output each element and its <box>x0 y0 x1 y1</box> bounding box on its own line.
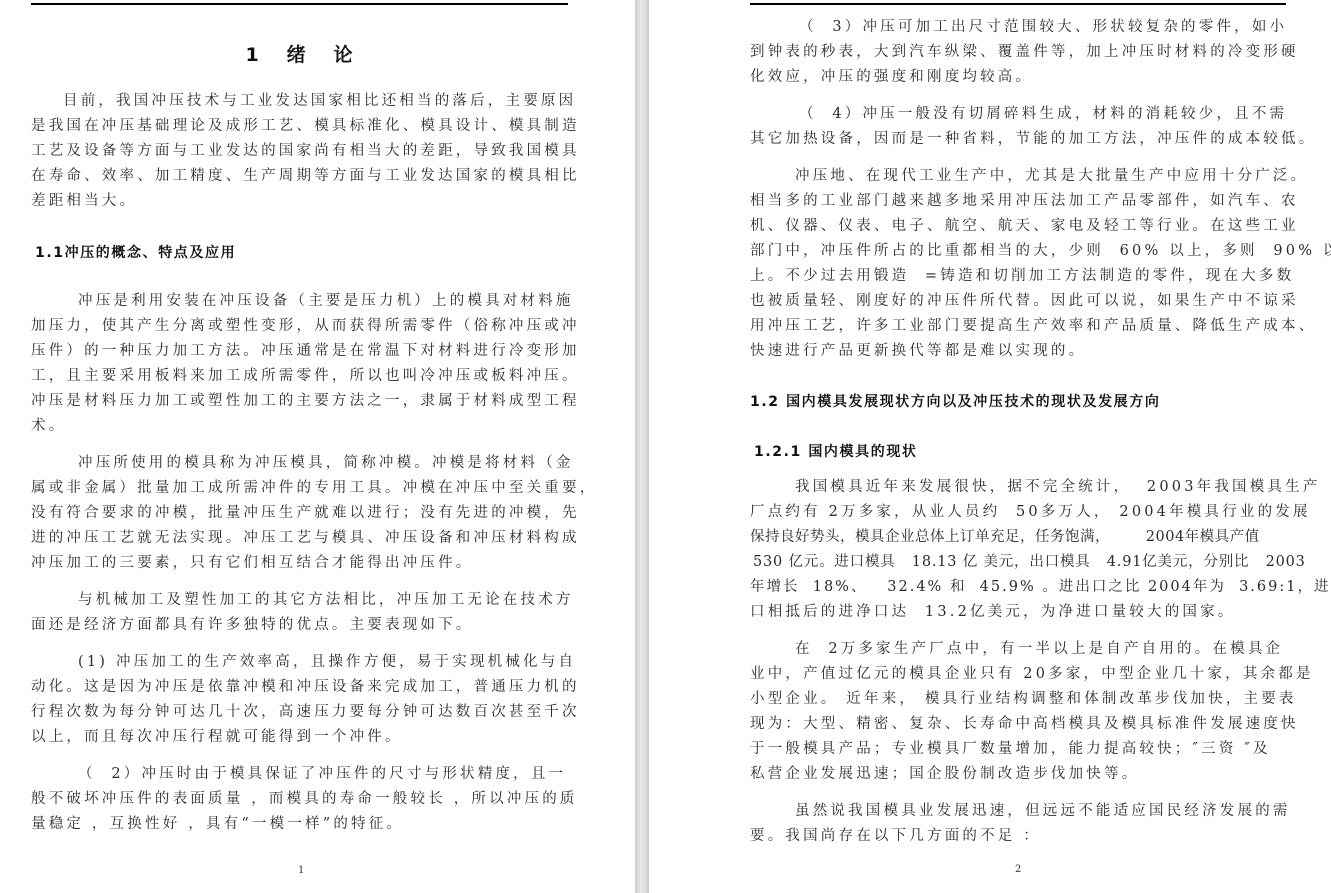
text-line: 在寿命、效率、加工精度、生产周期等方面与工业发达国家的模具相比 <box>31 167 580 185</box>
text-line: 压件）的一种压力加工方法。冲压通常是在常温下对材料进行冷变形加 <box>31 342 580 360</box>
text-line: 我国模具近年来发展很快，据不完全统计， 2003年我国模具生产 <box>795 478 1321 496</box>
page-gutter <box>635 0 649 893</box>
text-line: 530 亿元。进口模具 18.13 亿 美元，出口模具 4.91亿美元，分别比 … <box>753 553 1306 571</box>
text-line: 口相抵后的进净口达 13.2亿美元，为净进口量较大的国家。 <box>750 603 1236 621</box>
text-line: 动化。这是因为冲压是依靠冲模和冲压设备来完成加工，普通压力机的 <box>31 678 580 696</box>
document-page-1: 1 绪 论 目前，我国冲压技术与工业发达国家相比还相当的落后，主要原因 是我国在… <box>0 0 635 893</box>
text-line: 私营企业发展迅速；国企股份制改造步伐加快等。 <box>750 765 1139 783</box>
text-line: 冲压加工的三要素，只有它们相互结合才能得出冲压件。 <box>31 554 474 572</box>
text-line: 目前，我国冲压技术与工业发达国家相比还相当的落后，主要原因 <box>63 92 576 110</box>
text-line: 术。 <box>31 417 66 435</box>
text-line: （ 3）冲压可加工出尺寸范围较大、形状较复杂的零件，如小 <box>799 18 1287 36</box>
text-line: 属或非金属）批量加工成所需冲件的专用工具。冲模在冲压中至关重要， <box>31 479 597 497</box>
text-line: 工艺及设备等方面与工业发达的国家尚有相当大的差距，导致我国模具 <box>31 142 580 160</box>
chapter-title: 1 绪 论 <box>0 40 600 67</box>
text-line: 年增长 18%、 32.4% 和 45.9% 。进出口之比 2004年为 3.6… <box>750 578 1331 596</box>
text-line: 差距相当大。 <box>31 192 137 210</box>
text-line: 快速进行产品更新换代等都是难以实现的。 <box>750 342 1086 360</box>
text-line: 用冲压工艺，许多工业部门要提高生产效率和产品质量、降低生产成本、 <box>750 317 1316 335</box>
header-rule <box>31 3 568 5</box>
text-line: 业中，产值过亿元的模具企业只有 20多家，中型企业几十家，其余都是 <box>750 665 1314 683</box>
text-line: 上。不少过去用锻造 =铸造和切削加工方法制造的零件，现在大多数 <box>750 267 1294 285</box>
page-number: 2 <box>1015 864 1021 875</box>
text-line: 冲压所使用的模具称为冲压模具，简称冲模。冲模是将材料（金 <box>78 454 574 472</box>
text-line: 在 2万多家生产厂点中，有一半以上是自产自用的。在模具企 <box>795 640 1283 658</box>
text-line: 加压力，使其产生分离或塑性变形，从而获得所需零件（俗称冲压或冲 <box>31 317 580 335</box>
text-line: 于一般模具产品；专业模具厂数量增加，能力提高较快；″三资 ″及 <box>750 740 1271 758</box>
text-line: 没有符合要求的冲模，批量冲压生产就难以进行；没有先进的冲模，先 <box>31 504 580 522</box>
text-line: 部门中，冲压件所占的比重都相当的大，少则 60% 以上，多则 90% 以 <box>750 242 1331 260</box>
text-line: 要。我国尚存在以下几方面的不足 ： <box>750 827 1041 845</box>
text-line: 冲压地、在现代工业生产中，尤其是大批量生产中应用十分广泛。 <box>795 167 1308 185</box>
text-line: 小型企业。 近年来， 模具行业结构调整和体制改革步伐加快，主要表 <box>750 690 1297 708</box>
document-page-2: （ 3）冲压可加工出尺寸范围较大、形状较复杂的零件，如小 到钟表的秒表，大到汽车… <box>649 0 1331 893</box>
text-line: 冲压是材料压力加工或塑性加工的主要方法之一，隶属于材料成型工程 <box>31 392 580 410</box>
header-rule <box>750 3 1286 5</box>
text-line: 相当多的工业部门越来越多地采用冲压法加工产品零部件，如汽车、农 <box>750 192 1299 210</box>
text-line: 般不破坏冲压件的表面质量 ，而模具的寿命一般较长 ，所以冲压的质 <box>31 790 578 808</box>
section-heading-1-1: 1.1冲压的概念、特点及应用 <box>35 242 236 262</box>
section-heading-1-2: 1.2 国内模具发展现状方向以及冲压技术的现状及发展方向 <box>750 391 1160 411</box>
text-line: 其它加热设备，因而是一种省料，节能的加工方法，冲压件的成本较低。 <box>750 130 1316 148</box>
text-line: 化效应，冲压的强度和刚度均较高。 <box>750 68 1033 86</box>
text-line: 行程次数为每分钟可达几十次，高速压力要每分钟可达数百次甚至千次 <box>31 703 580 721</box>
text-line: (1) 冲压加工的生产效率高，且操作方便，易于实现机械化与自 <box>78 653 576 671</box>
text-line: 机、仪器、仪表、电子、航空、航天、家电及轻工等行业。在这些工业 <box>750 217 1299 235</box>
page-number: 1 <box>298 865 304 876</box>
text-line: 面还是经济方面都具有许多独特的优点。主要表现如下。 <box>31 616 474 634</box>
text-line: 到钟表的秒表，大到汽车纵梁、覆盖件等，加上冲压时材料的冷变形硬 <box>750 43 1299 61</box>
text-line: （ 2）冲压时由于模具保证了冲压件的尺寸与形状精度，且一 <box>78 765 566 783</box>
text-line: 工，且主要采用板料来加工成所需零件，所以也叫冷冲压或板料冲压。 <box>31 367 580 385</box>
text-line: 与机械加工及塑性加工的其它方法相比，冲压加工无论在技术方 <box>78 591 574 609</box>
text-line: 以上，而且每次冲压行程就可能得到一个冲件。 <box>31 728 403 746</box>
text-line: （ 4）冲压一般没有切屑碎料生成，材料的消耗较少，且不需 <box>799 105 1287 123</box>
section-heading-1-2-1: 1.2.1 国内模具的现状 <box>754 441 918 461</box>
text-line: 厂点约有 2万多家，从业人员约 50多万人， 2004年模具行业的发展 <box>750 503 1311 521</box>
text-line: 进的冲压工艺就无法实现。冲压工艺与模具、冲压设备和冲压材料构成 <box>31 529 580 547</box>
text-line: 虽然说我国模具业发展迅速，但远远不能适应国民经济发展的需 <box>795 802 1291 820</box>
text-line: 也被质量轻、刚度好的冲压件所代替。因此可以说，如果生产中不谅采 <box>750 292 1299 310</box>
text-line: 现为：大型、精密、复杂、长寿命中高档模具及模具标准件发展速度快 <box>750 715 1299 733</box>
text-line: 量稳定 ，互换性好 ，具有“一模一样”的特征。 <box>31 815 404 833</box>
text-line: 是我国在冲压基础理论及成形工艺、模具标准化、模具设计、模具制造 <box>31 117 580 135</box>
text-line: 保持良好势头，模具企业总体上订单充足，任务饱满， 2004年模具产值 <box>750 528 1260 546</box>
text-line: 冲压是利用安装在冲压设备（主要是压力机）上的模具对材料施 <box>78 292 574 310</box>
